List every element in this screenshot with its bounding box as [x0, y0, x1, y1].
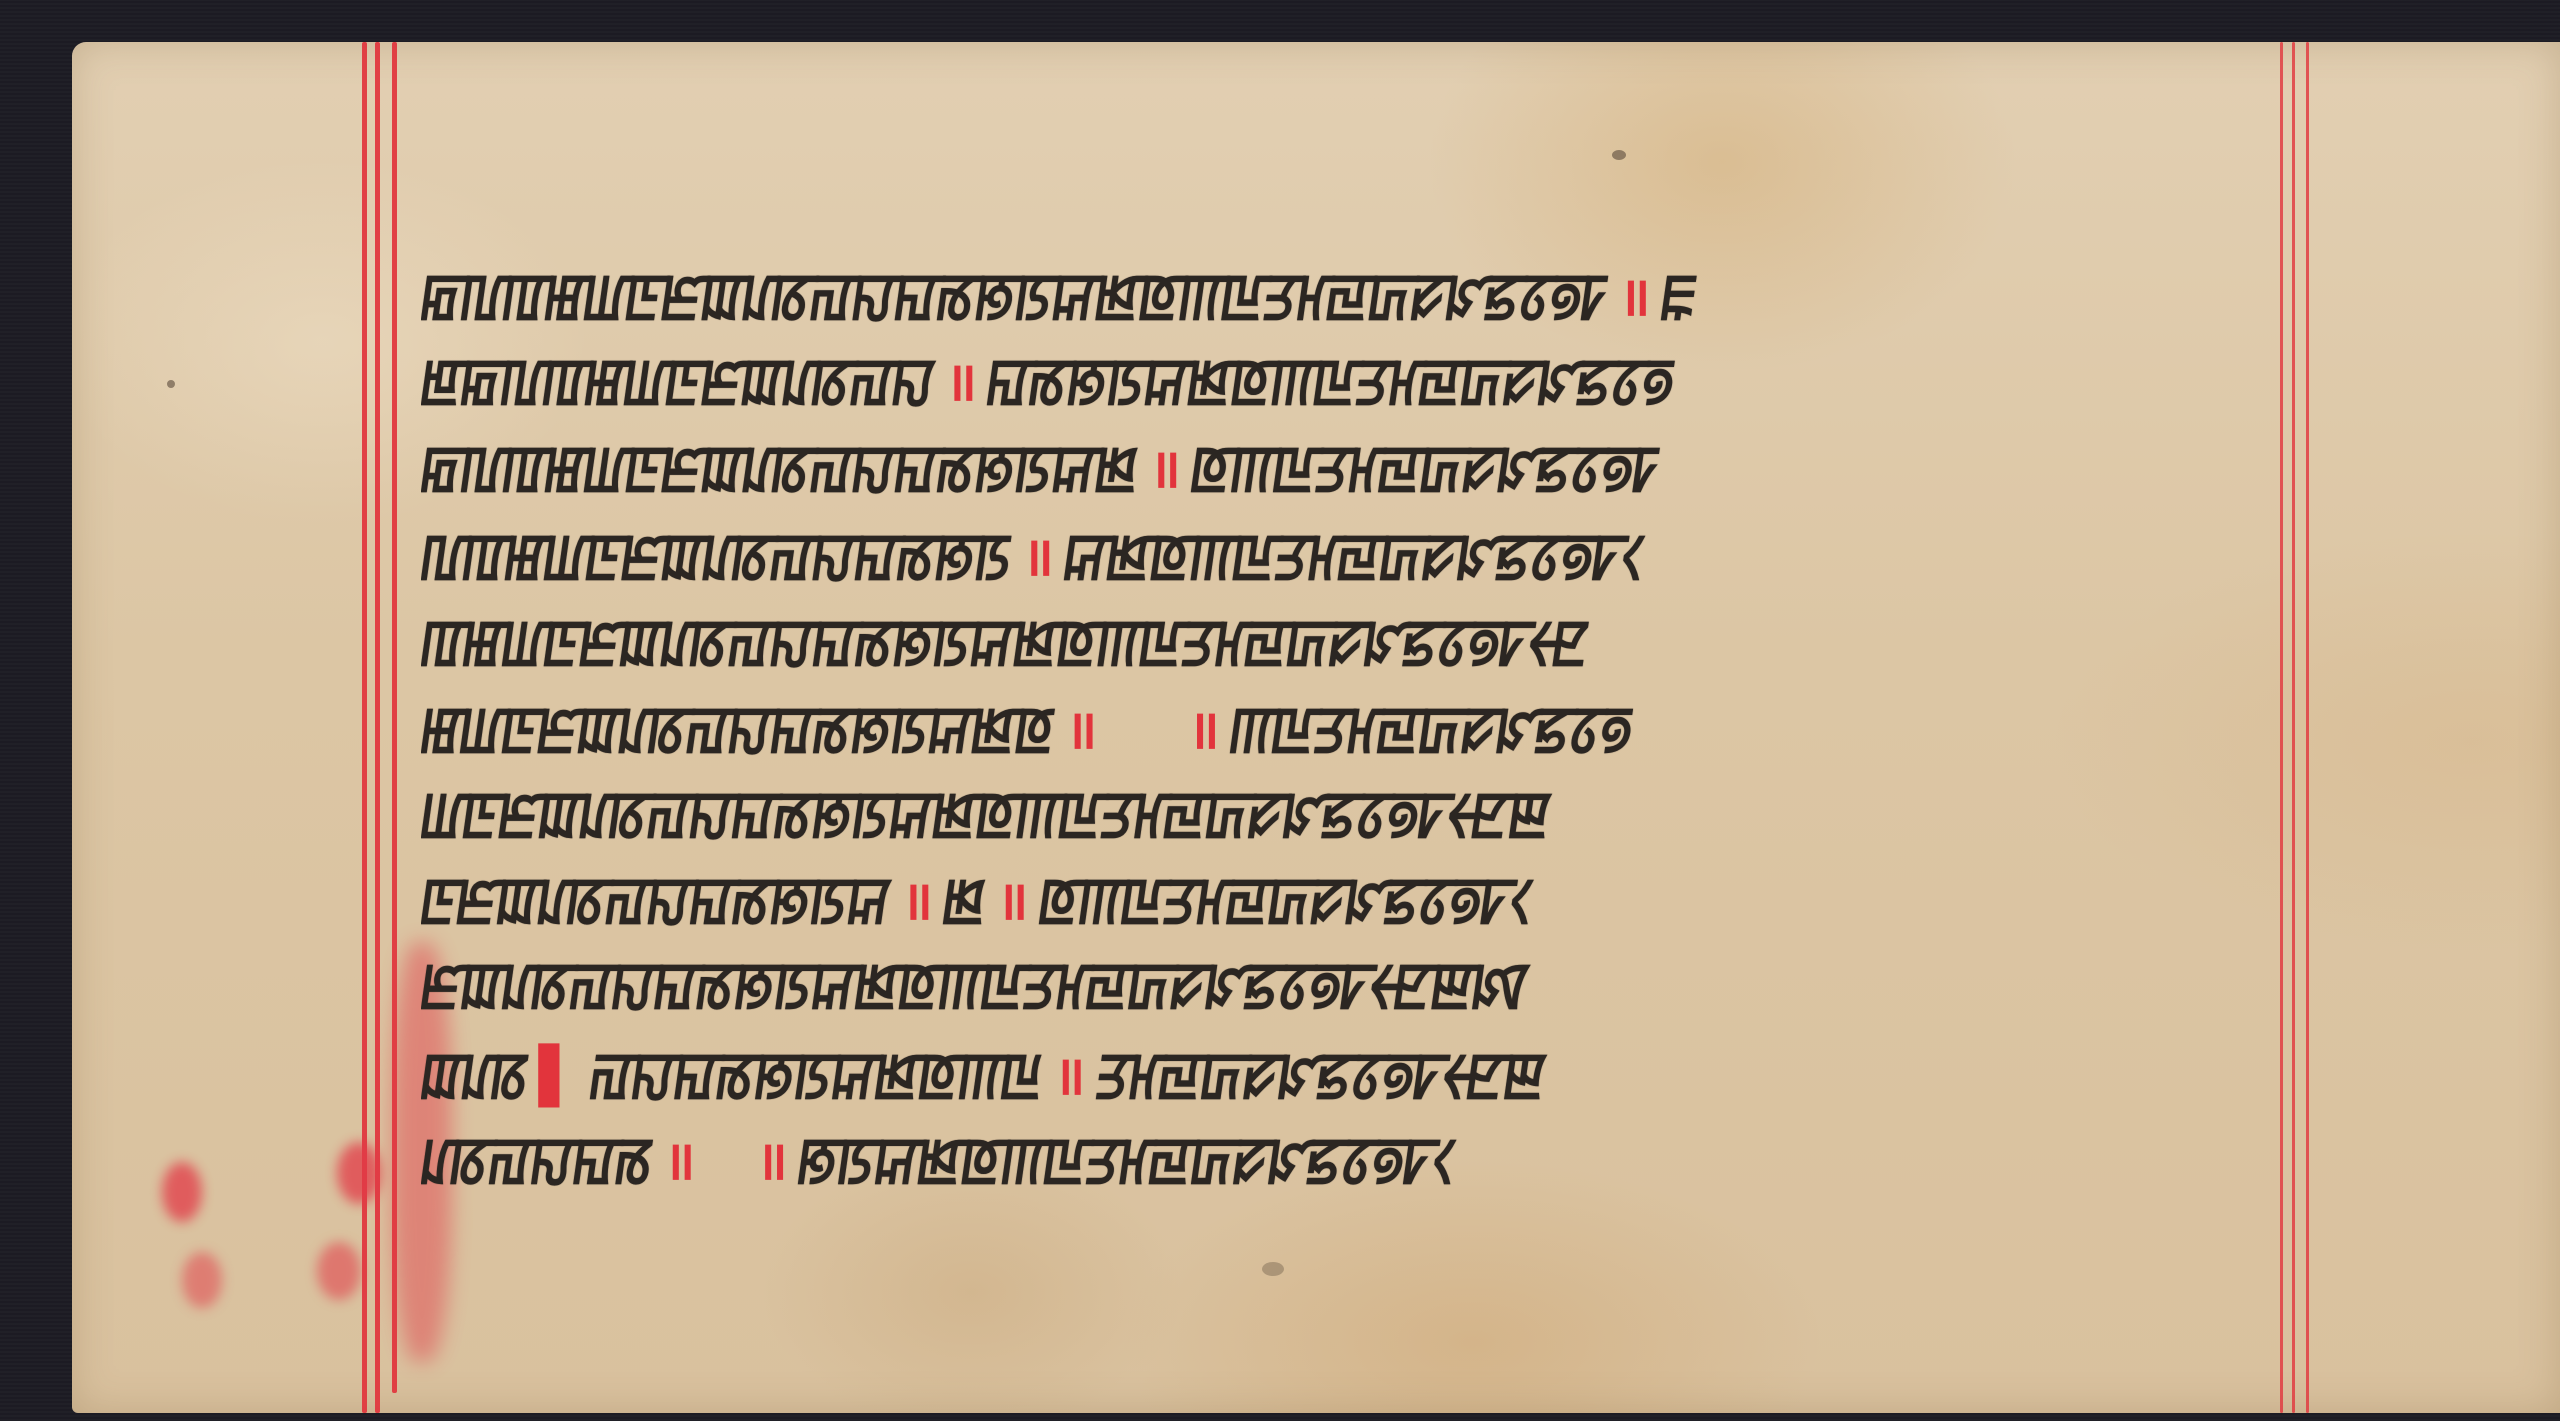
right-margin-rule-3: [2306, 42, 2309, 1413]
red-danda-mark: ॥: [1608, 262, 1660, 332]
red-stain: [317, 1242, 361, 1300]
ink-text: ꡕꡖꡗꡘꡙꡚꡛꡜꡝꡞꡟ: [1225, 695, 1637, 765]
ink-text: ꡗꡘꡙꡚꡛꡜꡝꡞꡟꡠꡡꡢꡣ: [1090, 1041, 1550, 1111]
ink-text: ꡌꡍꡎꡏꡐꡑꡒꡓꡔꡕꡖ: [585, 1041, 1048, 1111]
ink-text: ꡂꡃꡄꡅꡆꡇꡈꡉꡊꡋꡌꡍꡎꡏꡐꡑꡒꡓꡔꡕꡖꡗꡘꡙꡚꡛꡜꡝꡞꡟꡠ: [421, 262, 1613, 332]
paper-speck: [1262, 1262, 1284, 1276]
red-danda-mark: ॥: [1177, 695, 1229, 765]
red-danda-mark: ॥: [653, 1126, 705, 1196]
paper-speck: [1612, 150, 1626, 160]
ink-text: ꡊꡋꡌꡍꡎꡏ: [421, 1126, 658, 1196]
ink-text: ꡄꡅꡆꡇꡈꡉꡊꡋꡌꡍꡎꡏꡐꡑꡒꡓꡔꡕꡖꡗꡘꡙꡚꡛꡜꡝꡞꡟꡠꡡꡢ: [421, 608, 1593, 678]
red-danda-mark: ॥: [1055, 695, 1107, 765]
right-margin-rule-1: [2280, 42, 2283, 1413]
red-danda-mark: ॥: [986, 866, 1038, 936]
left-margin-rule-1: [362, 42, 367, 1413]
manuscript-line: ꡃꡄꡅꡆꡇꡈꡉꡊꡋꡌꡍꡎꡏꡐꡑ॥ꡒꡓꡔꡕꡖꡗꡘꡙꡚꡛꡜꡝꡞꡟꡠꡡ: [421, 522, 2273, 592]
manuscript-line: ꡉꡊꡋ▌ꡌꡍꡎꡏꡐꡑꡒꡓꡔꡕꡖ॥ꡗꡘꡙꡚꡛꡜꡝꡞꡟꡠꡡꡢꡣ: [421, 1041, 2273, 1111]
ink-text: ꡃꡄꡅꡆꡇꡈꡉꡊꡋꡌꡍꡎꡏꡐꡑ: [421, 522, 1017, 592]
red-stain: [162, 1162, 202, 1222]
manuscript-line: ꡂꡃꡄꡅꡆꡇꡈꡉꡊꡋꡌꡍꡎꡏꡐꡑꡒꡓ॥ꡔꡕꡖꡗꡘꡙꡚꡛꡜꡝꡞꡟꡠ: [421, 434, 2273, 504]
manuscript-line: ꡂꡃꡄꡅꡆꡇꡈꡉꡊꡋꡌꡍꡎꡏꡐꡑꡒꡓꡔꡕꡖꡗꡘꡙꡚꡛꡜꡝꡞꡟꡠ॥ꡀ: [421, 262, 2273, 332]
manuscript-line: ꡇꡈꡉꡊꡋꡌꡍꡎꡏꡐꡑꡒ॥ꡓ॥ꡔꡕꡖꡗꡘꡙꡚꡛꡜꡝꡞꡟꡠꡡ: [421, 866, 2273, 936]
ink-text: ꡇꡈꡉꡊꡋꡌꡍꡎꡏꡐꡑꡒ: [421, 866, 896, 936]
ink-text: ꡆꡇꡈꡉꡊꡋꡌꡍꡎꡏꡐꡑꡒꡓꡔꡕꡖꡗꡘꡙꡚꡛꡜꡝꡞꡟꡠꡡꡢꡣ: [421, 780, 1556, 850]
red-stain: [182, 1252, 222, 1308]
red-danda-mark: ॥: [1043, 1041, 1095, 1111]
manuscript-line: ꡅꡆꡇꡈꡉꡊꡋꡌꡍꡎꡏꡐꡑꡒꡓꡔ॥॥ꡕꡖꡗꡘꡙꡚꡛꡜꡝꡞꡟ: [421, 695, 2273, 765]
manuscript-line: ꡊꡋꡌꡍꡎꡏ॥॥ꡐꡑꡒꡓꡔꡕꡖꡗꡘꡙꡚꡛꡜꡝꡞꡟꡠꡡ: [421, 1126, 2273, 1196]
red-danda-mark: ॥: [1012, 522, 1064, 592]
manuscript-line: ꡈꡉꡊꡋꡌꡍꡎꡏꡐꡑꡒꡓꡔꡕꡖꡗꡘꡙꡚꡛꡜꡝꡞꡟꡠꡡꡢꡣꡤ: [421, 951, 2273, 1021]
ink-text: ꡓ: [938, 866, 991, 936]
ink-text: ꡐꡑꡒꡓꡔꡕꡖꡗꡘꡙꡚꡛꡜꡝꡞꡟꡠꡡ: [793, 1126, 1460, 1196]
ink-text: ꡂꡃꡄꡅꡆꡇꡈꡉꡊꡋꡌꡍꡎꡏꡐꡑꡒꡓ: [421, 434, 1144, 504]
ink-text: ꡔꡕꡖꡗꡘꡙꡚꡛꡜꡝꡞꡟꡠꡡ: [1033, 866, 1536, 936]
red-danda-mark: ॥: [1139, 434, 1191, 504]
ink-text: ꡎꡏꡐꡑꡒꡓꡔꡕꡖꡗꡘꡙꡚꡛꡜꡝꡞꡟ: [982, 347, 1679, 417]
manuscript-line: ꡆꡇꡈꡉꡊꡋꡌꡍꡎꡏꡐꡑꡒꡓꡔꡕꡖꡗꡘꡙꡚꡛꡜꡝꡞꡟꡠꡡꡢꡣ: [421, 780, 2273, 850]
ink-text: ꡀ: [1655, 262, 1701, 332]
ink-text: ꡁꡂꡃꡄꡅꡆꡇꡈꡉꡊꡋꡌꡍ: [421, 347, 940, 417]
red-danda-mark: ▌: [529, 1041, 591, 1111]
paper-speck: [167, 380, 175, 388]
ink-text: ꡔꡕꡖꡗꡘꡙꡚꡛꡜꡝꡞꡟꡠ: [1186, 434, 1665, 504]
right-margin-rule-2: [2292, 42, 2295, 1413]
red-danda-mark: ॥: [745, 1126, 797, 1196]
left-margin-rule-2: [375, 42, 380, 1413]
red-stain: [337, 1142, 381, 1204]
red-danda-mark: ॥: [891, 866, 943, 936]
ink-text: ꡉꡊꡋ: [421, 1041, 534, 1111]
red-danda-mark: ॥: [935, 347, 987, 417]
manuscript-line: ꡁꡂꡃꡄꡅꡆꡇꡈꡉꡊꡋꡌꡍ॥ꡎꡏꡐꡑꡒꡓꡔꡕꡖꡗꡘꡙꡚꡛꡜꡝꡞꡟ: [421, 347, 2273, 417]
ink-text: ꡒꡓꡔꡕꡖꡗꡘꡙꡚꡛꡜꡝꡞꡟꡠꡡ: [1059, 522, 1649, 592]
manuscript-line: ꡄꡅꡆꡇꡈꡉꡊꡋꡌꡍꡎꡏꡐꡑꡒꡓꡔꡕꡖꡗꡘꡙꡚꡛꡜꡝꡞꡟꡠꡡꡢ: [421, 608, 2273, 678]
ink-text: ꡈꡉꡊꡋꡌꡍꡎꡏꡐꡑꡒꡓꡔꡕꡖꡗꡘꡙꡚꡛꡜꡝꡞꡟꡠꡡꡢꡣꡤ: [421, 951, 1533, 1021]
ink-text: ꡅꡆꡇꡈꡉꡊꡋꡌꡍꡎꡏꡐꡑꡒꡓꡔ: [421, 695, 1060, 765]
